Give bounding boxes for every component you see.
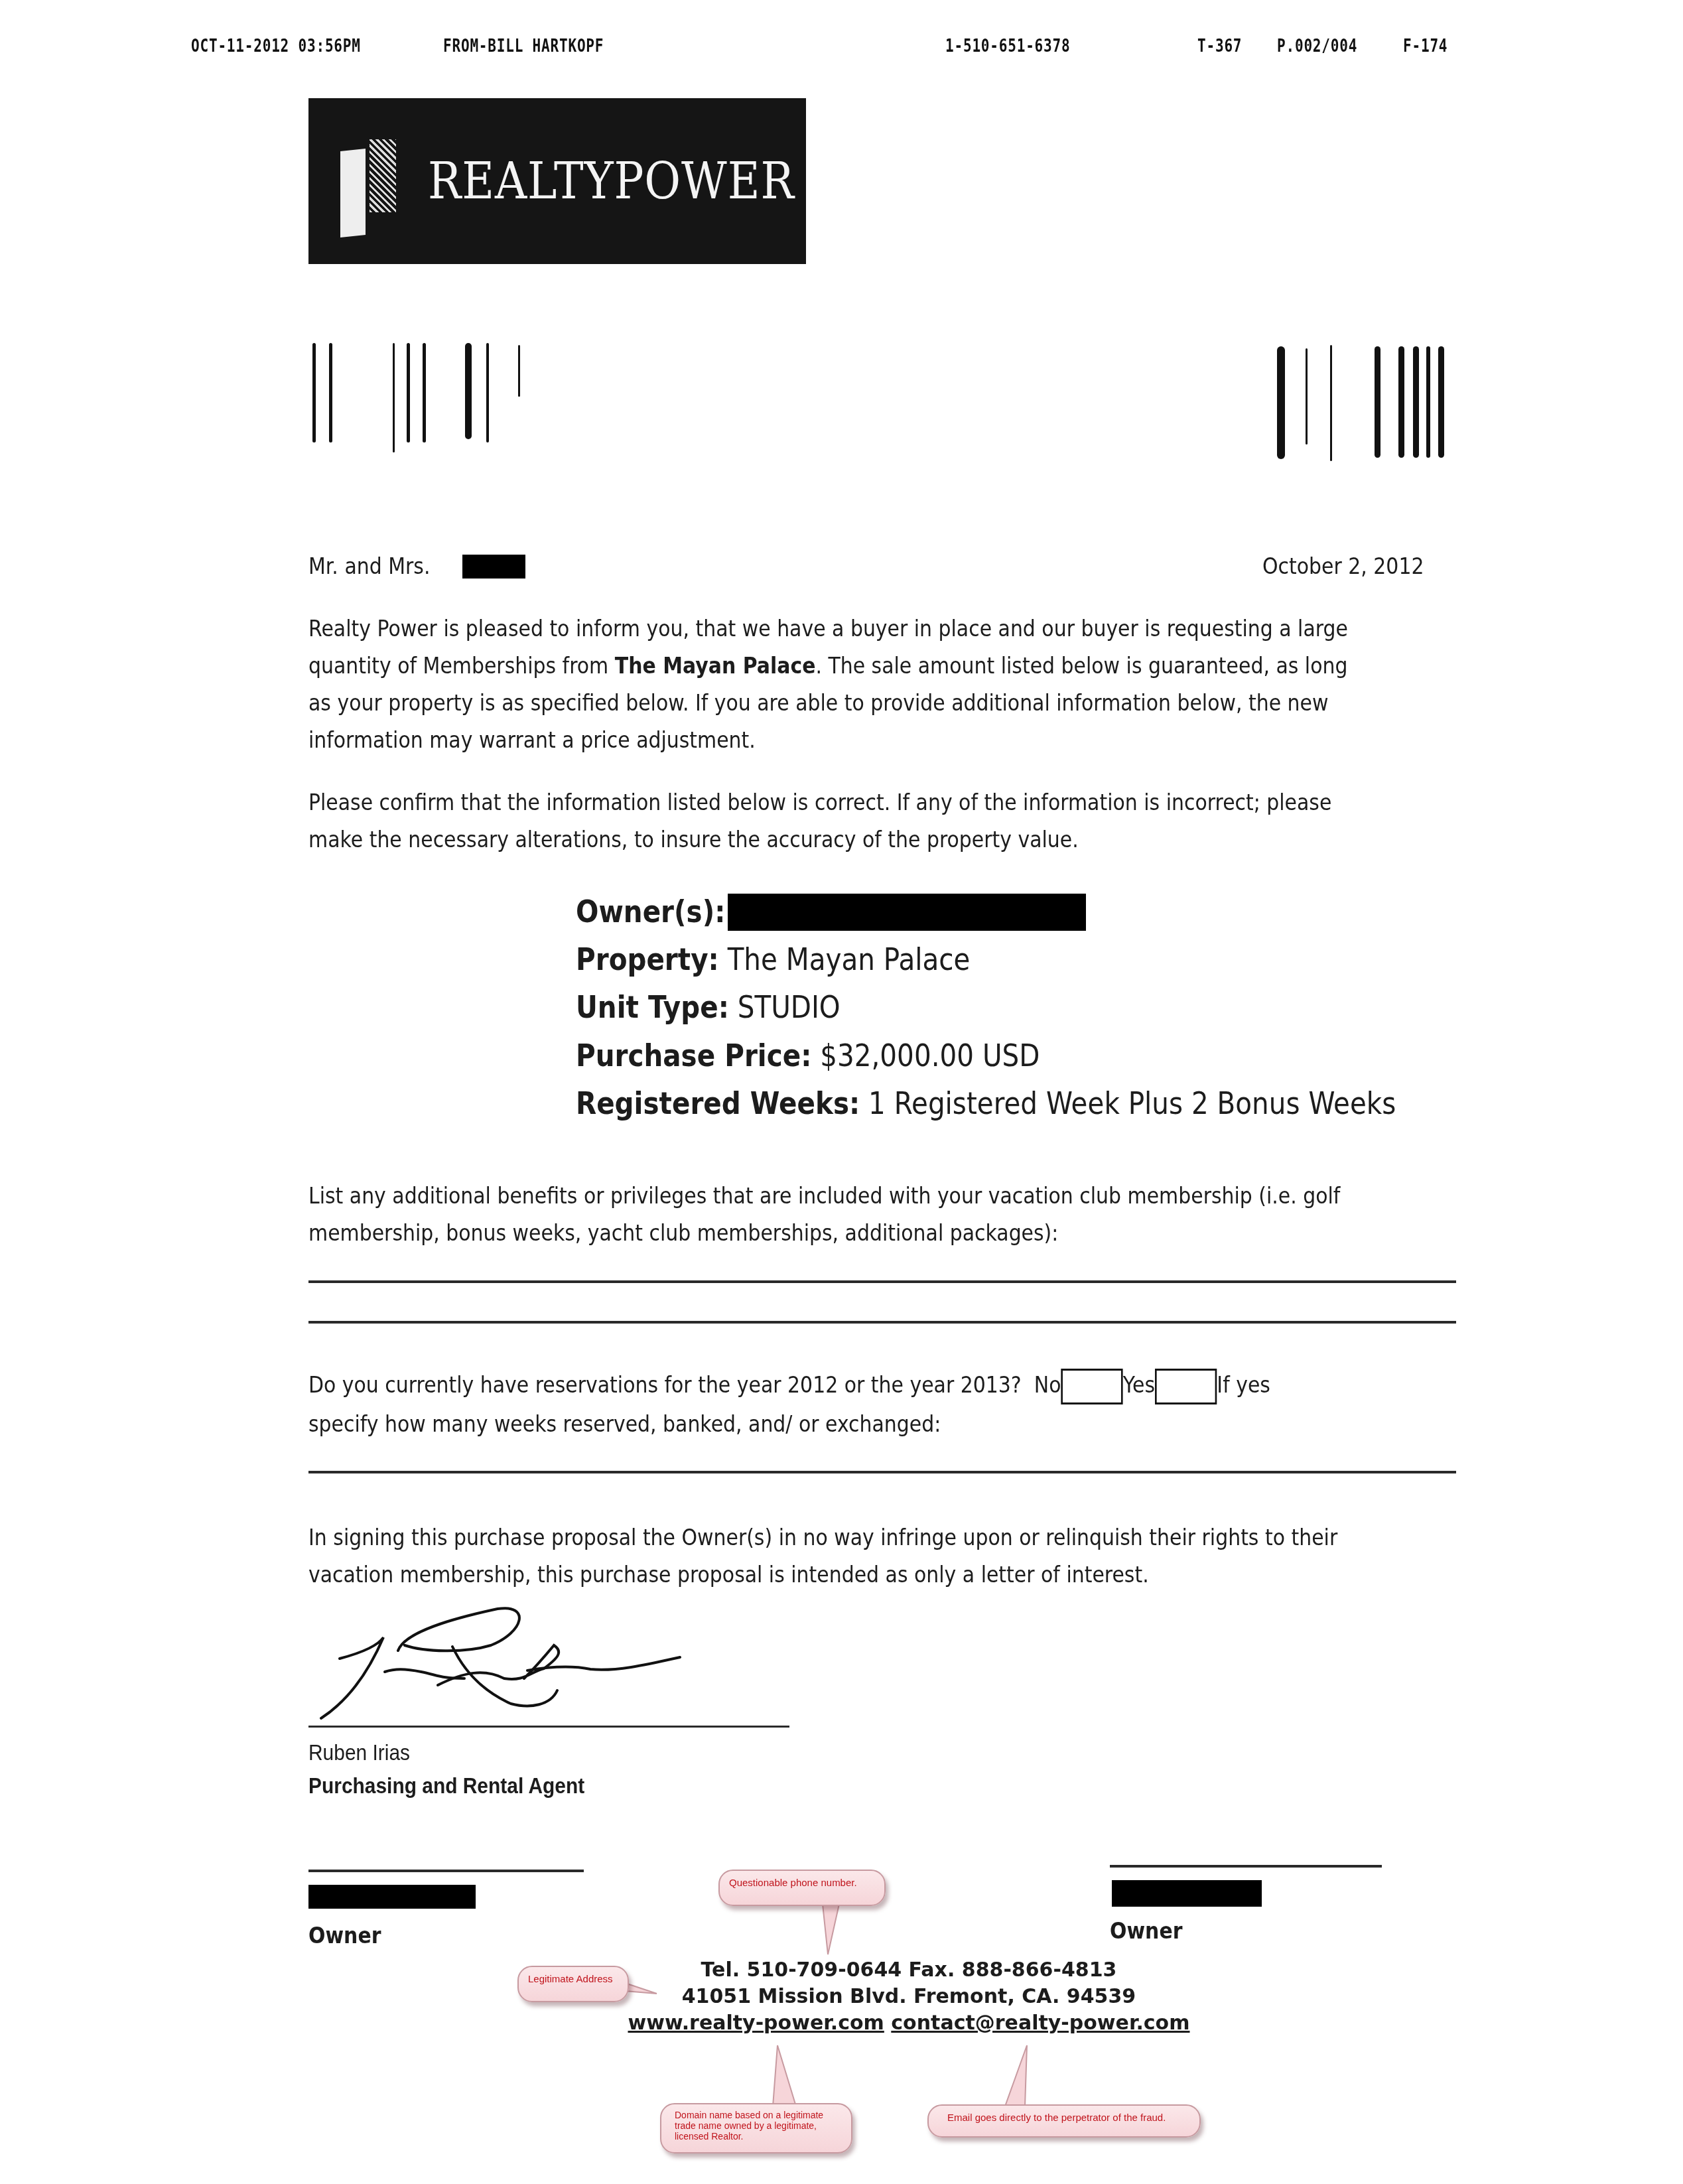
callout-phone: Questionable phone number.	[718, 1870, 886, 1906]
callout-address: Legitimate Address	[517, 1966, 629, 2002]
callout-domain: Domain name based on a legitimate trade …	[660, 2103, 852, 2153]
callout-pointers	[0, 0, 1683, 2184]
callout-email: Email goes directly to the perpetrator o…	[927, 2104, 1201, 2138]
